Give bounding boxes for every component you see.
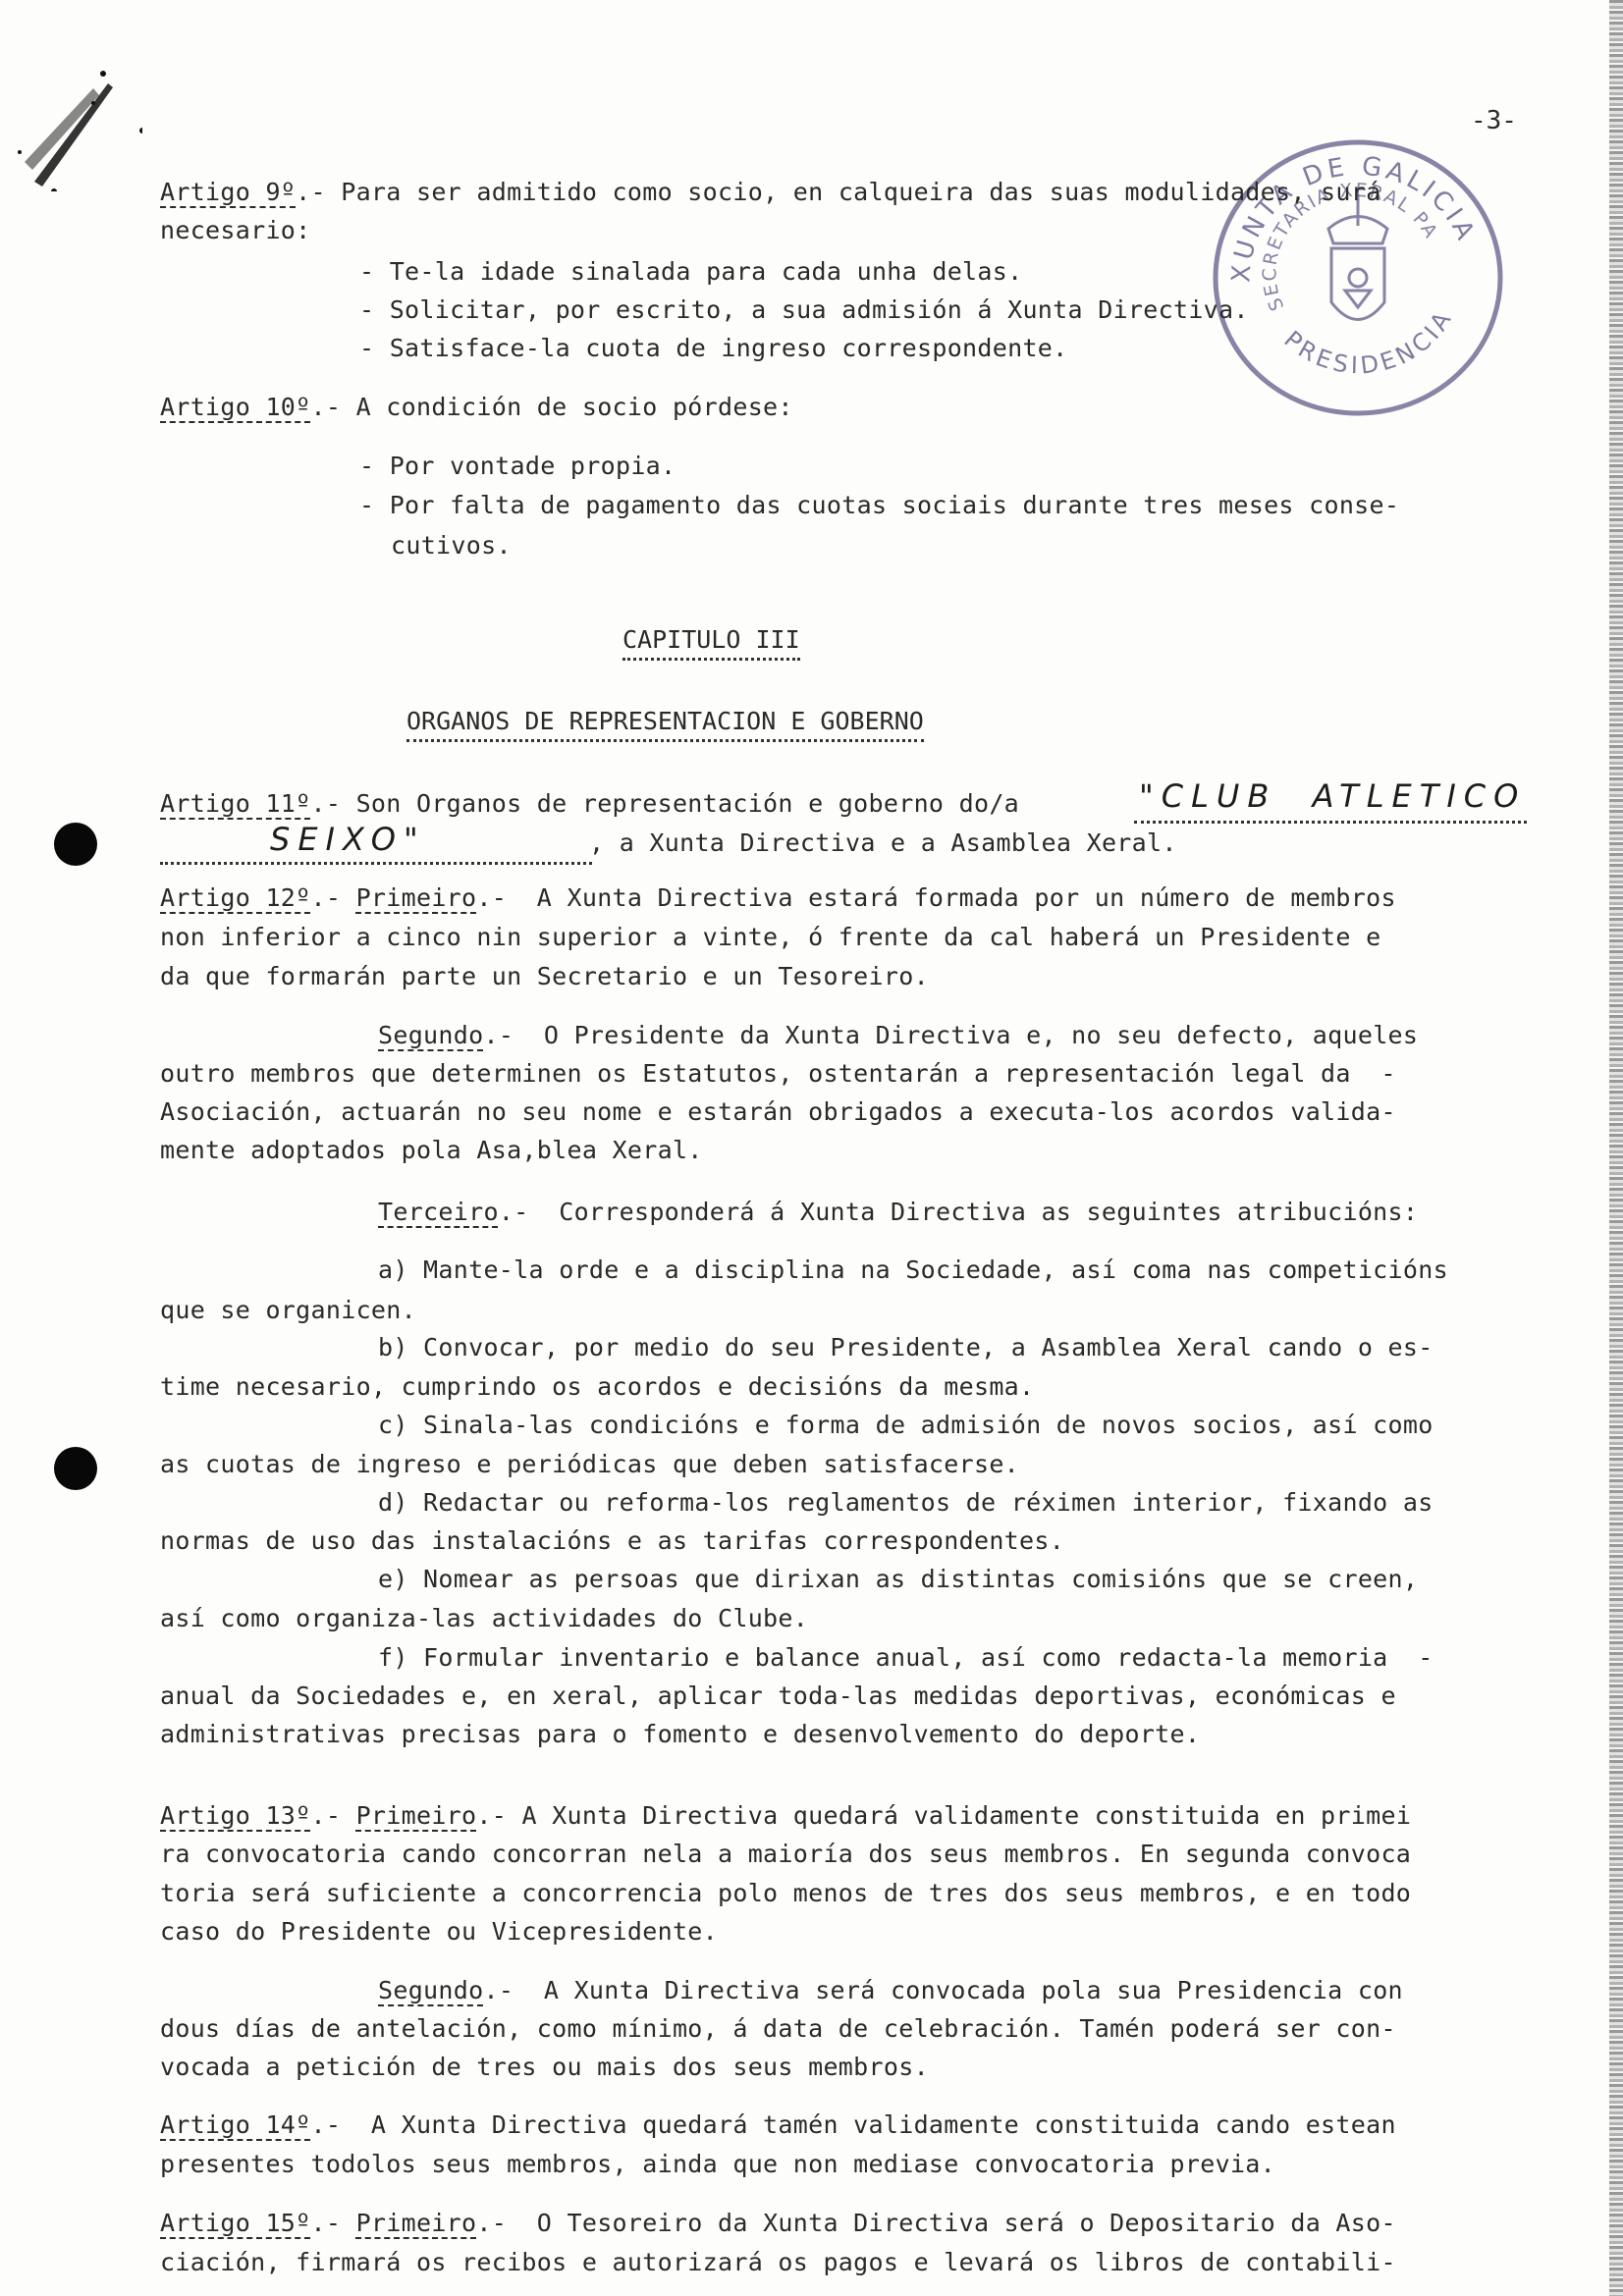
- article-10-heading: Artigo 10º.- A condición de socio pórdes…: [160, 393, 793, 422]
- scan-edge: [1609, 0, 1623, 2296]
- attribution-a: a) Mante-la orde e a disciplina na Socie…: [378, 1255, 1448, 1285]
- attribution-c: c) Sinala-las condicións e forma de admi…: [378, 1411, 1434, 1440]
- attribution-e: e) Nomear as persoas que dirixan as dist…: [378, 1565, 1418, 1594]
- paragraph-line: ra convocatoria cando concorran nela a m…: [160, 1840, 1411, 1869]
- paragraph-line: non inferior a cinco nin superior a vint…: [160, 923, 1380, 952]
- article-11-heading: Artigo 11º.- Son Organos de representaci…: [160, 789, 1019, 819]
- article-12-label: Artigo 12º: [160, 883, 311, 912]
- article-9-heading: Artigo 9º.- Para ser admitido como socio…: [160, 178, 1380, 207]
- chapter-title: CAPITULO III: [622, 625, 800, 655]
- list-item: - Por vontade propia.: [359, 452, 676, 481]
- attribution-d: d) Redactar ou reforma-los reglamentos d…: [378, 1488, 1434, 1518]
- paragraph-line: ciación, firmará os recibos e autorizará…: [160, 2248, 1396, 2277]
- list-item: - Te-la idade sinalada para cada unha de…: [359, 257, 1022, 287]
- list-item: - Por falta de pagamento das cuotas soci…: [359, 491, 1399, 520]
- article-13-label: Artigo 13º: [160, 1801, 311, 1830]
- punch-hole: [54, 1447, 97, 1490]
- article-12-segundo: Segundo.- O Presidente da Xunta Directiv…: [378, 1021, 1418, 1050]
- paragraph-line: vocada a petición de tres ou mais dos se…: [160, 2053, 929, 2082]
- paragraph-line: caso do Presidente ou Vicepresidente.: [160, 1917, 718, 1947]
- scan-smudge-mark: [15, 44, 142, 191]
- attribution-f: f) Formular inventario e balance anual, …: [378, 1643, 1434, 1673]
- article-9-line-2: necesario:: [160, 216, 311, 245]
- page-number: -3-: [1471, 106, 1517, 135]
- paragraph-line: mente adoptados pola Asa,blea Xeral.: [160, 1136, 703, 1165]
- paragraph-line: presentes todolos seus membros, ainda qu…: [160, 2150, 1275, 2179]
- paragraph-line: da que formarán parte un Secretario e un…: [160, 962, 929, 991]
- article-14-heading: Artigo 14º.- A Xunta Directiva quedará t…: [160, 2110, 1396, 2140]
- attribution-c-cont: as cuotas de ingreso e periódicas que de…: [160, 1450, 1019, 1479]
- attribution-f-cont: anual da Sociedades e, en xeral, aplicar…: [160, 1682, 1396, 1711]
- list-item: - Solicitar, por escrito, a sua admisión…: [359, 295, 1249, 325]
- article-12-heading: Artigo 12º.- Primeiro.- A Xunta Directiv…: [160, 883, 1396, 913]
- article-10-label: Artigo 10º: [160, 393, 311, 421]
- article-15-heading: Artigo 15º.- Primeiro.- O Tesoreiro da X…: [160, 2209, 1396, 2238]
- club-name-handwritten-2: SEIXO": [270, 825, 426, 854]
- attribution-d-cont: normas de uso das instalacións e as tari…: [160, 1526, 1064, 1556]
- article-13-segundo: Segundo.- A Xunta Directiva será convoca…: [378, 1976, 1403, 2005]
- punch-hole: [54, 823, 97, 866]
- club-name-handwritten: "CLUB ATLETICO: [1139, 781, 1526, 811]
- article-15-label: Artigo 15º: [160, 2209, 311, 2237]
- article-14-label: Artigo 14º: [160, 2110, 311, 2139]
- article-12-terceiro: Terceiro.- Corresponderá á Xunta Directi…: [378, 1198, 1418, 1227]
- document-page: -3- XUNTA DE GALICIA SECRETARIA XERAL PA…: [0, 0, 1623, 2296]
- club-name-fill-line: [1134, 821, 1527, 824]
- paragraph-line: Asociación, actuarán no seu nome e estar…: [160, 1097, 1396, 1127]
- article-11-label: Artigo 11º: [160, 789, 311, 818]
- attribution-b-cont: time necesario, cumprindo os acordos e d…: [160, 1372, 1034, 1402]
- article-13-heading: Artigo 13º.- Primeiro.- A Xunta Directiv…: [160, 1801, 1411, 1831]
- list-item: - Satisface-la cuota de ingreso correspo…: [359, 334, 1068, 363]
- list-item-continuation: cutivos.: [391, 531, 512, 561]
- article-11-line-2: , a Xunta Directiva e a Asamblea Xeral.: [589, 828, 1177, 858]
- paragraph-line: toria será suficiente a concorrencia pol…: [160, 1879, 1411, 1908]
- article-9-label: Artigo 9º: [160, 178, 296, 206]
- attribution-e-cont: así como organiza-las actividades do Clu…: [160, 1604, 808, 1633]
- paragraph-line: dous días de antelación, como mínimo, á …: [160, 2014, 1396, 2044]
- chapter-subtitle: ORGANOS DE REPRESENTACION E GOBERNO: [406, 707, 924, 736]
- attribution-f-cont-2: administrativas precisas para o fomento …: [160, 1720, 1200, 1749]
- attribution-a-cont: que se organicen.: [160, 1296, 416, 1325]
- attribution-b: b) Convocar, por medio do seu Presidente…: [378, 1333, 1434, 1362]
- coat-of-arms-icon: [1328, 194, 1387, 320]
- paragraph-line: outro membros que determinen os Estatuto…: [160, 1059, 1396, 1089]
- club-name-fill-line-2: [160, 862, 592, 865]
